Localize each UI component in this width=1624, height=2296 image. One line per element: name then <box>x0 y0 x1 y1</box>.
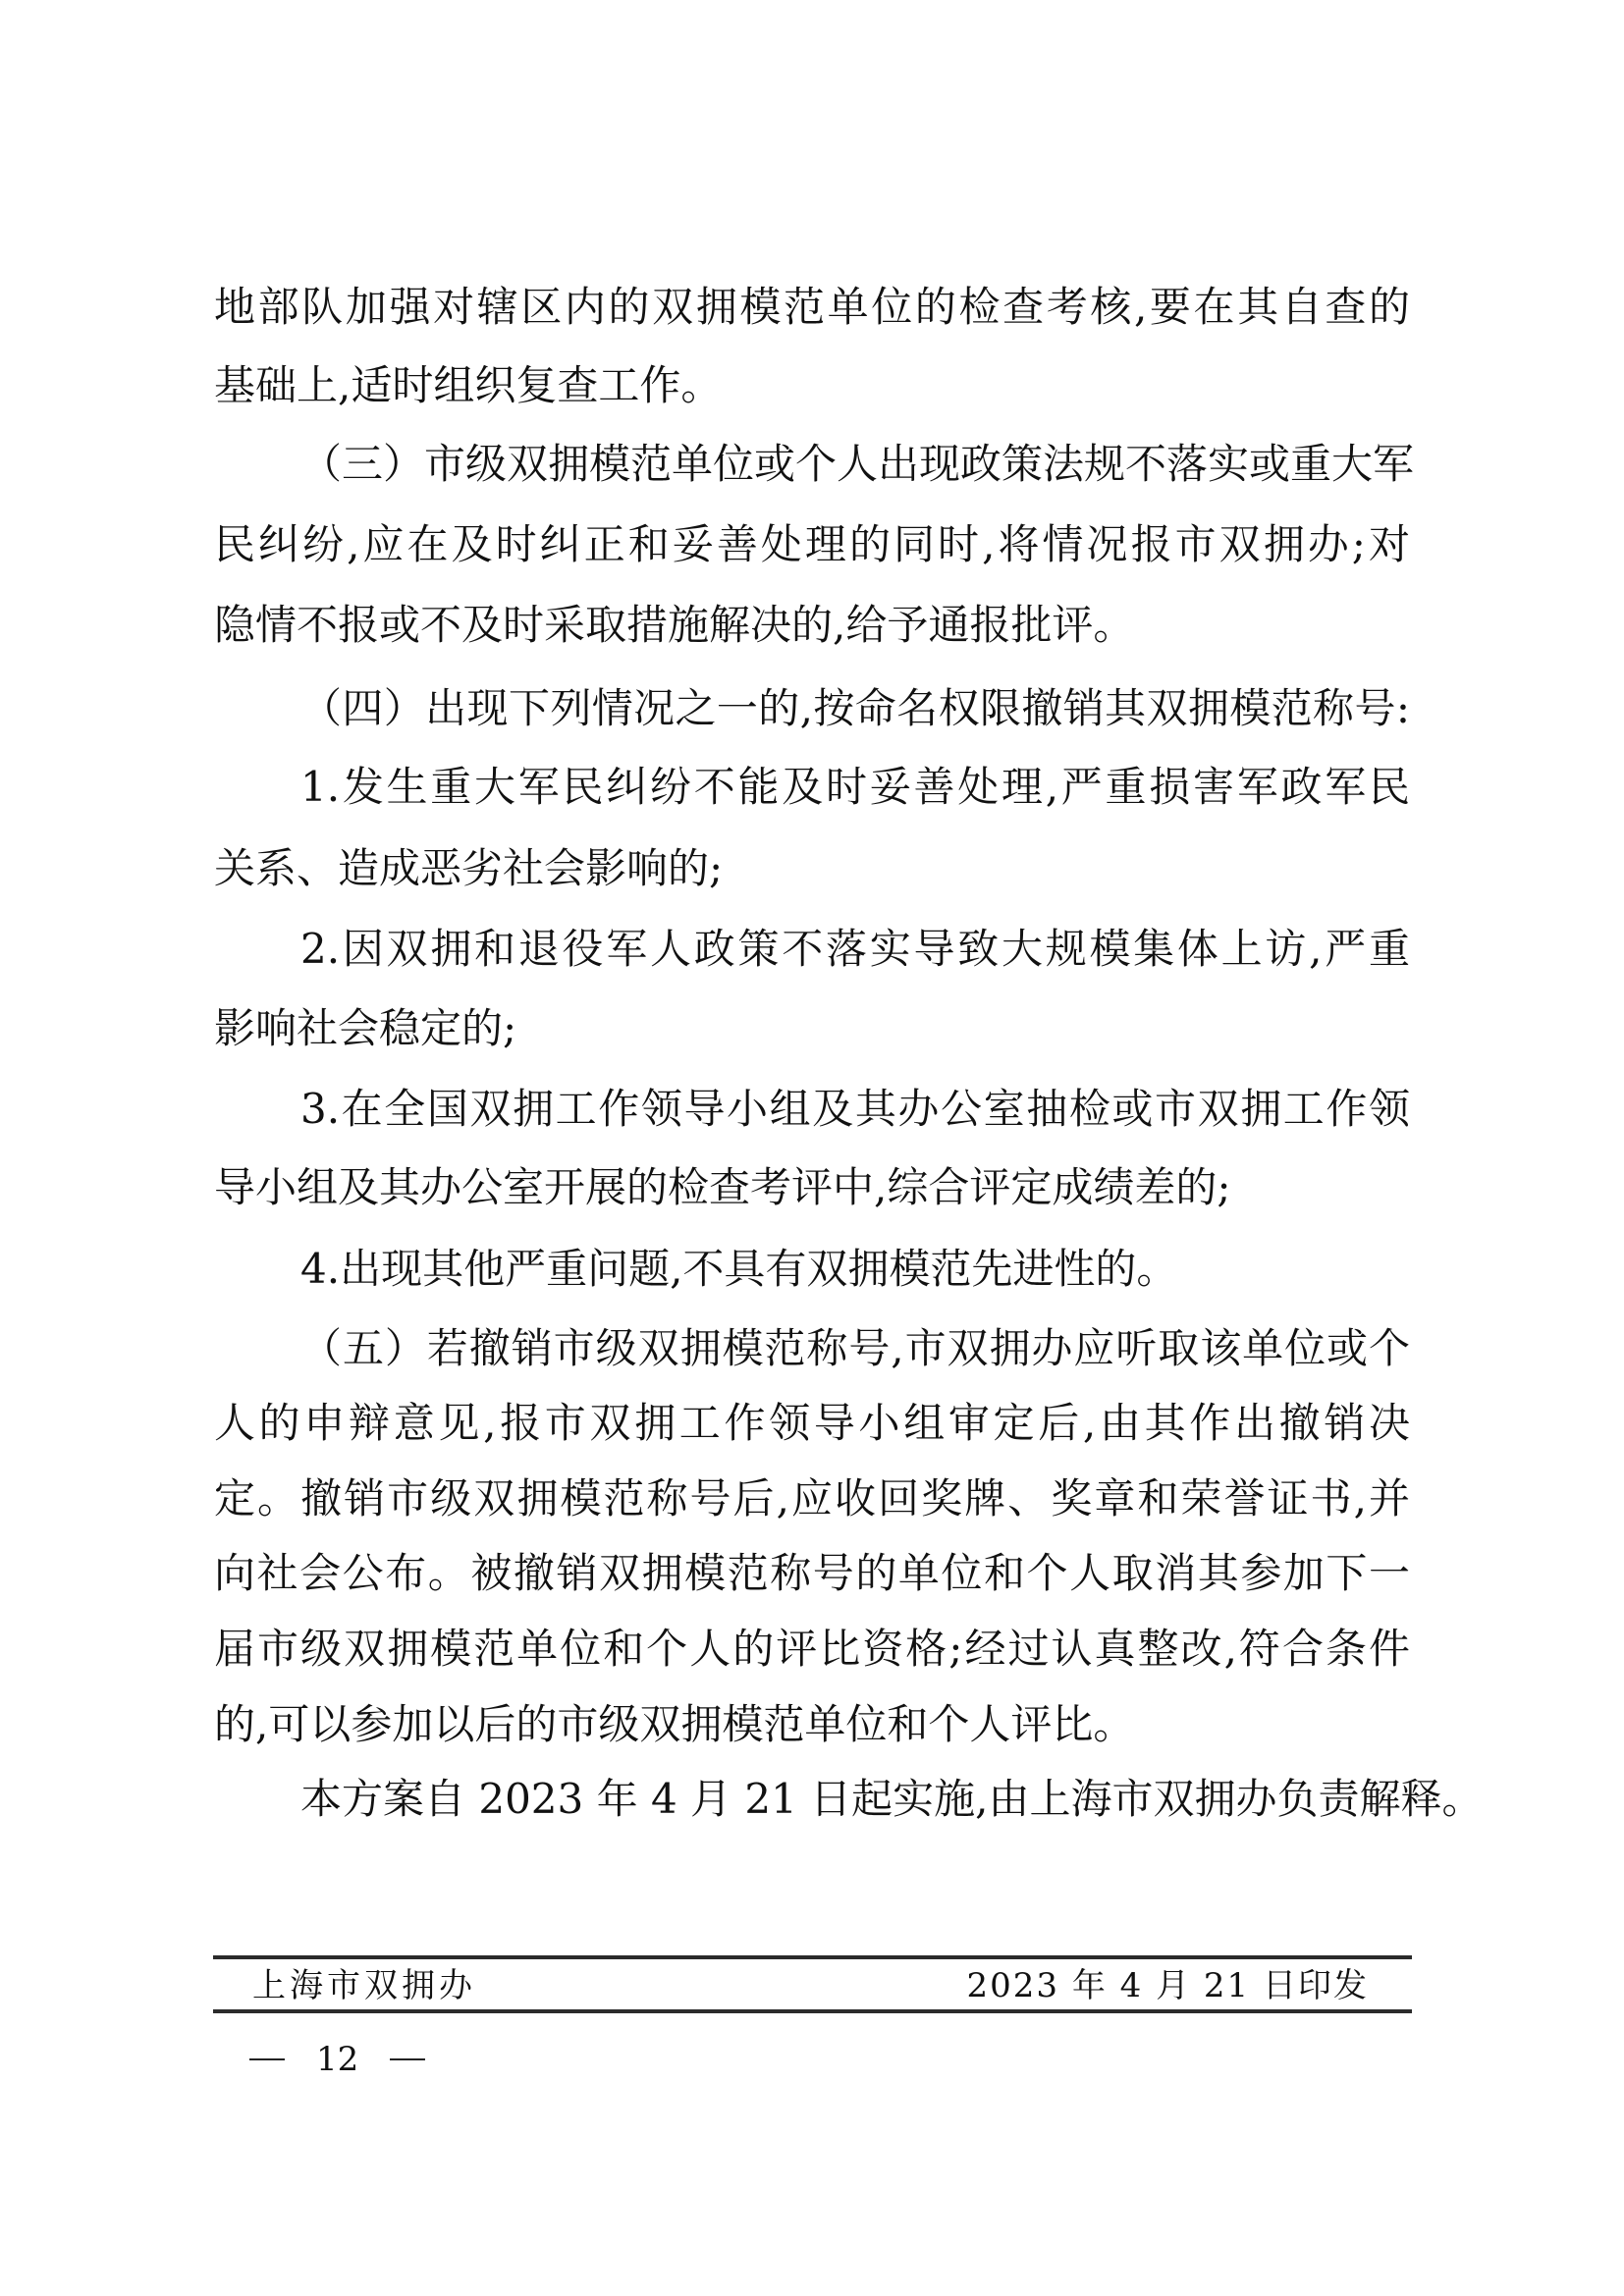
paragraph-5-line-4: 向社会公布。被撤销双拥模范称号的单位和个人取消其参加下一 <box>214 1549 1410 1598</box>
paragraph-5-line-3: 定。撤销市级双拥模范称号后,应收回奖牌、奖章和荣誉证书,并 <box>214 1474 1410 1523</box>
list-item-2-line-1: 2.因双拥和退役军人政策不落实导致大规模集体上访,严重 <box>300 925 1410 974</box>
effective-date-statement: 本方案自 2023 年 4 月 21 日起实施,由上海市双拥办负责解释。 <box>300 1775 1410 1824</box>
list-item-1-line-2: 关系、造成恶劣社会影响的; <box>214 844 1410 893</box>
body-line-1: 地部队加强对辖区内的双拥模范单位的检查考核,要在其自查的 <box>214 283 1410 332</box>
page-number: 12 <box>249 2038 425 2081</box>
paragraph-3-line-1: （三）市级双拥模范单位或个人出现政策法规不落实或重大军 <box>300 440 1410 489</box>
list-item-3-line-2: 导小组及其办公室开展的检查考评中,综合评定成绩差的; <box>214 1163 1410 1212</box>
paragraph-5-line-2: 人的申辩意见,报市双拥工作领导小组审定后,由其作出撤销决 <box>214 1399 1410 1448</box>
list-item-4: 4.出现其他严重问题,不具有双拥模范先进性的。 <box>300 1245 1410 1294</box>
paragraph-5-line-6: 的,可以参加以后的市级双拥模范单位和个人评比。 <box>214 1700 1410 1749</box>
list-item-3-line-1: 3.在全国双拥工作领导小组及其办公室抽检或市双拥工作领 <box>300 1085 1410 1134</box>
page-number-value: 12 <box>316 2038 358 2081</box>
paragraph-3-line-2: 民纠纷,应在及时纠正和妥善处理的同时,将情况报市双拥办;对 <box>214 520 1410 569</box>
list-item-1-line-1: 1.发生重大军民纠纷不能及时妥善处理,严重损害军政军民 <box>300 763 1410 812</box>
footer-issue-date: 2023 年 4 月 21 日印发 <box>967 1963 1369 2008</box>
footer-issuer: 上海市双拥办 <box>252 1963 476 2008</box>
document-page: 地部队加强对辖区内的双拥模范单位的检查考核,要在其自查的 基础上,适时组织复查工… <box>0 0 1624 2296</box>
paragraph-5-line-5: 届市级双拥模范单位和个人的评比资格;经过认真整改,符合条件 <box>214 1625 1410 1674</box>
footer-top-rule <box>213 1955 1412 1959</box>
footer-imprint: 上海市双拥办 2023 年 4 月 21 日印发 <box>213 1963 1412 2008</box>
paragraph-4-heading: （四）出现下列情况之一的,按命名权限撤销其双拥模范称号: <box>300 684 1410 733</box>
paragraph-3-line-3: 隐情不报或不及时采取措施解决的,给予通报批评。 <box>214 601 1410 650</box>
footer-bottom-rule <box>213 2009 1412 2013</box>
dash-left-icon <box>249 2058 285 2060</box>
dash-right-icon <box>390 2058 425 2060</box>
list-item-2-line-2: 影响社会稳定的; <box>214 1004 1410 1053</box>
paragraph-5-line-1: （五）若撤销市级双拥模范称号,市双拥办应听取该单位或个 <box>300 1324 1410 1373</box>
body-line-2: 基础上,适时组织复查工作。 <box>214 361 1410 410</box>
